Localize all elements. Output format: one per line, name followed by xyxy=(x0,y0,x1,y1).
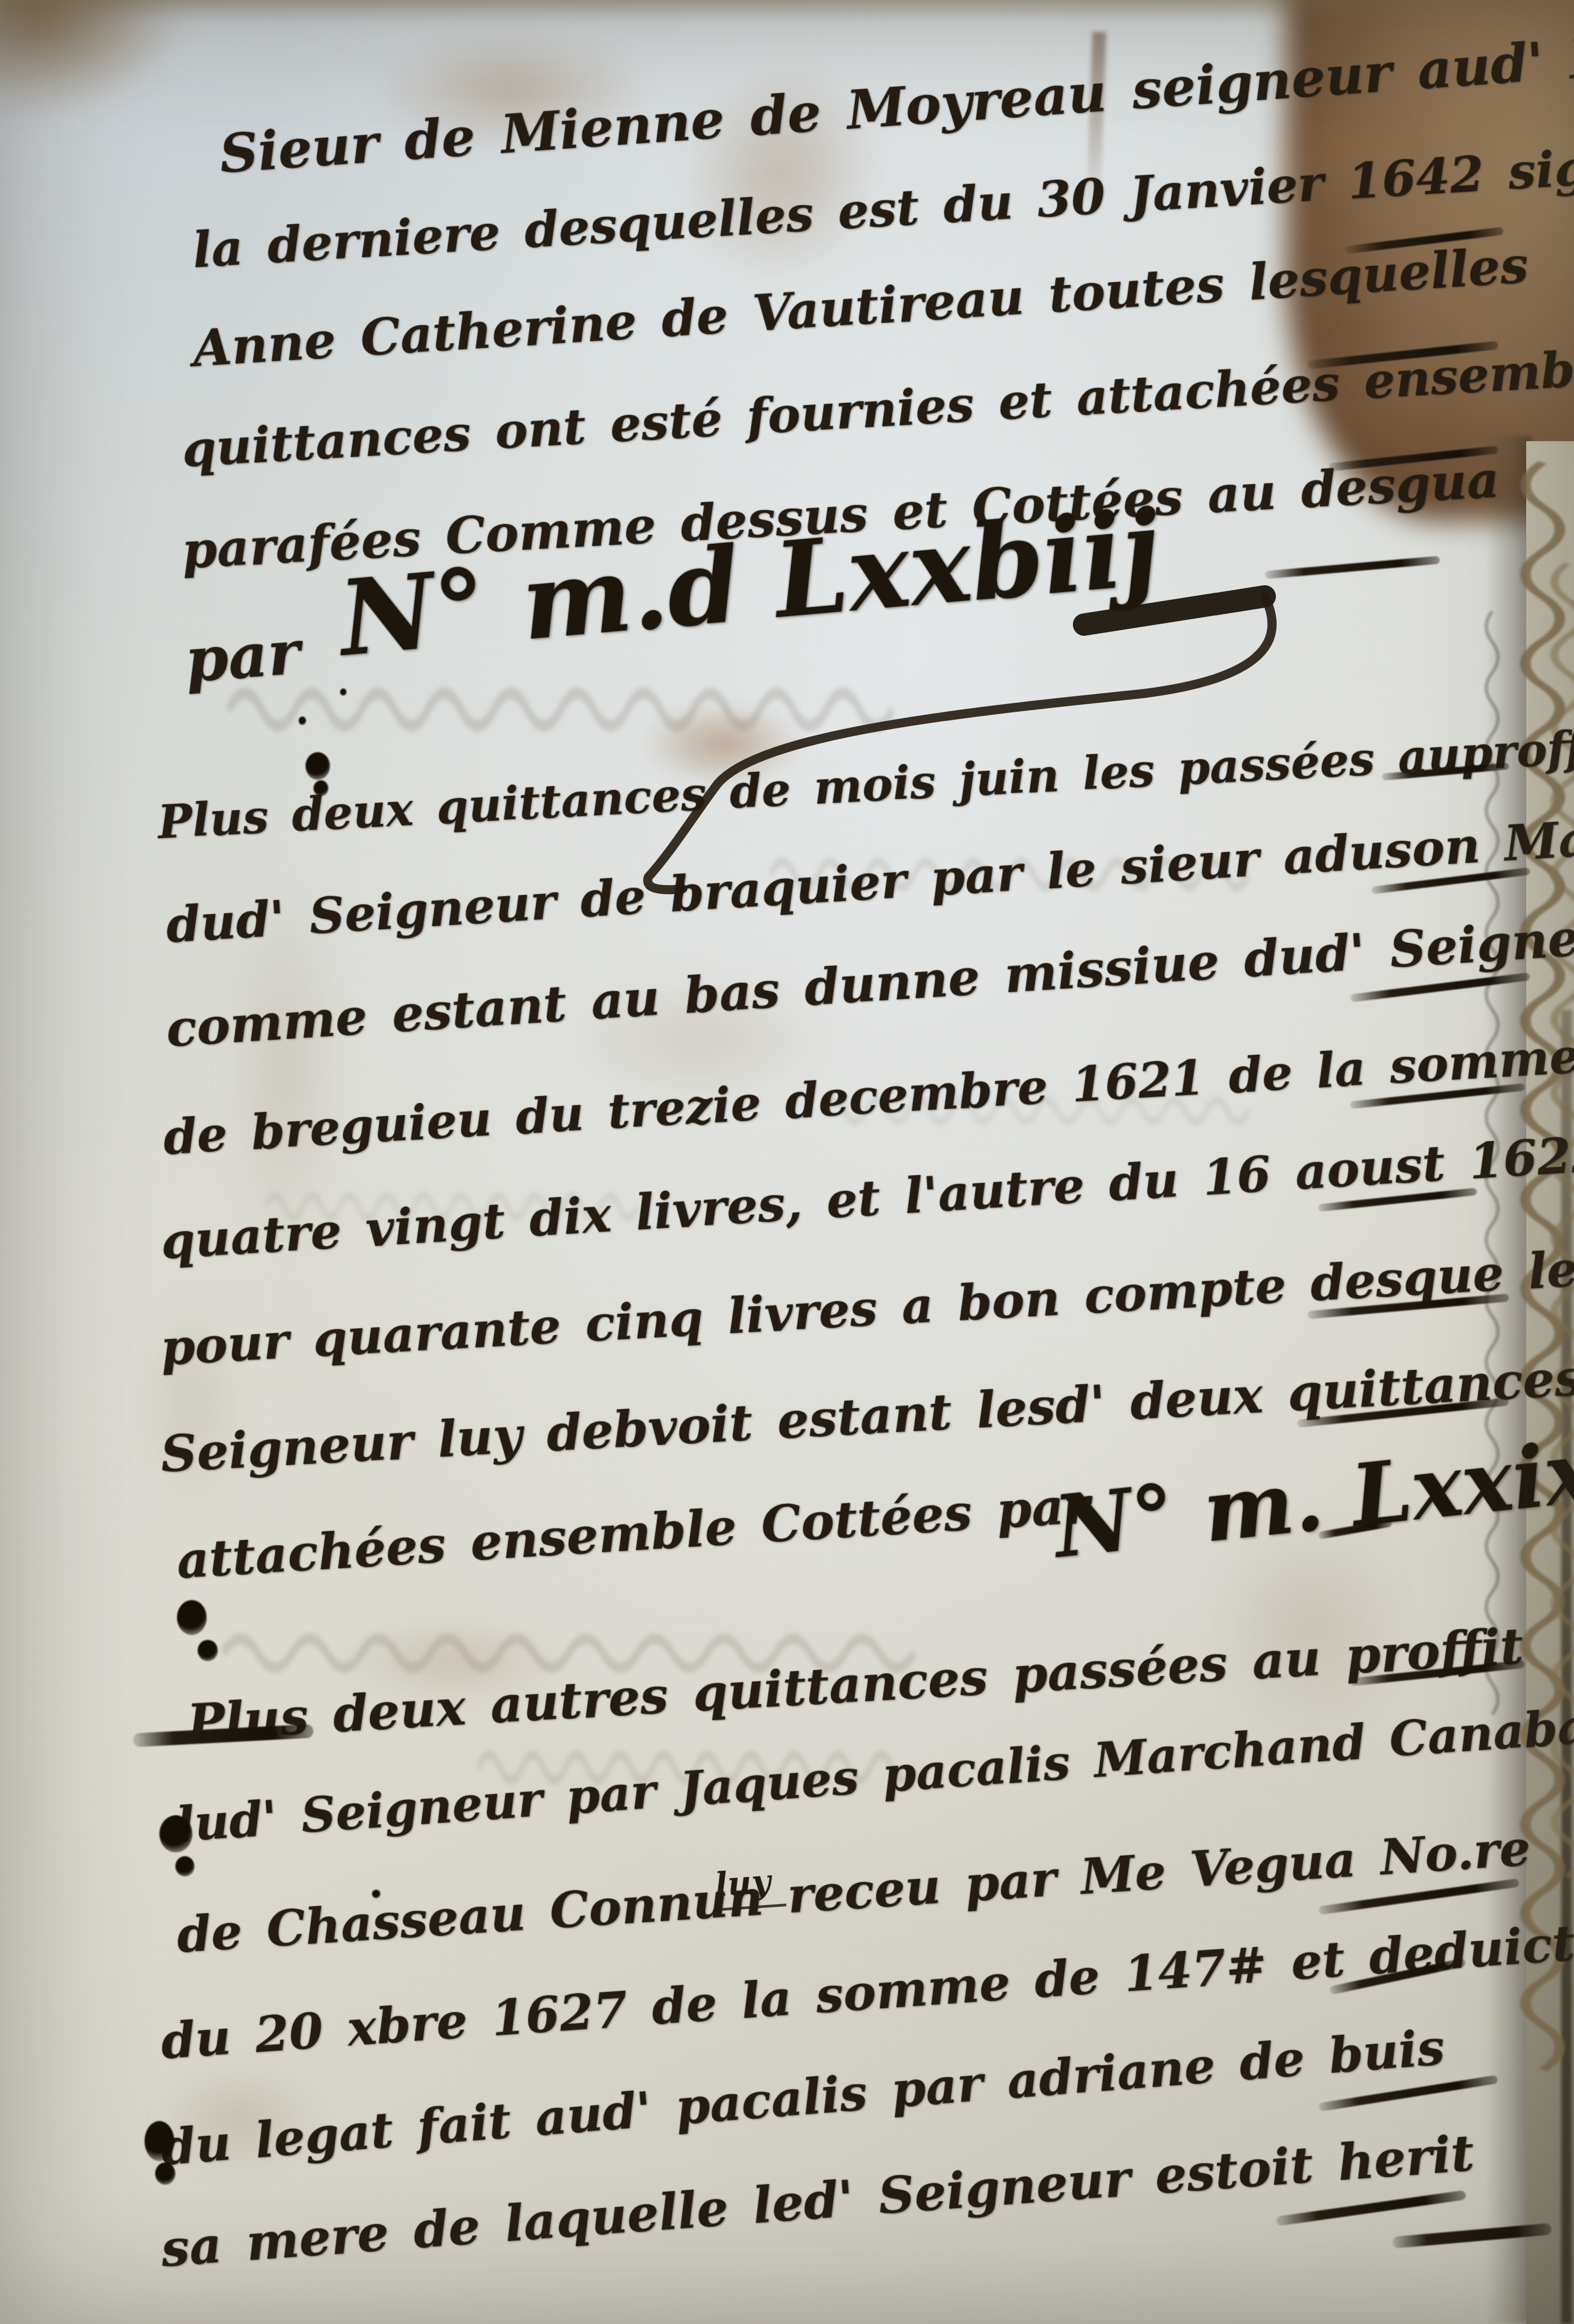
manuscript-photo: Sieur de Mienne de Moyreau seigneur aud'… xyxy=(0,0,1574,2324)
photo-vignette xyxy=(0,0,1574,2324)
